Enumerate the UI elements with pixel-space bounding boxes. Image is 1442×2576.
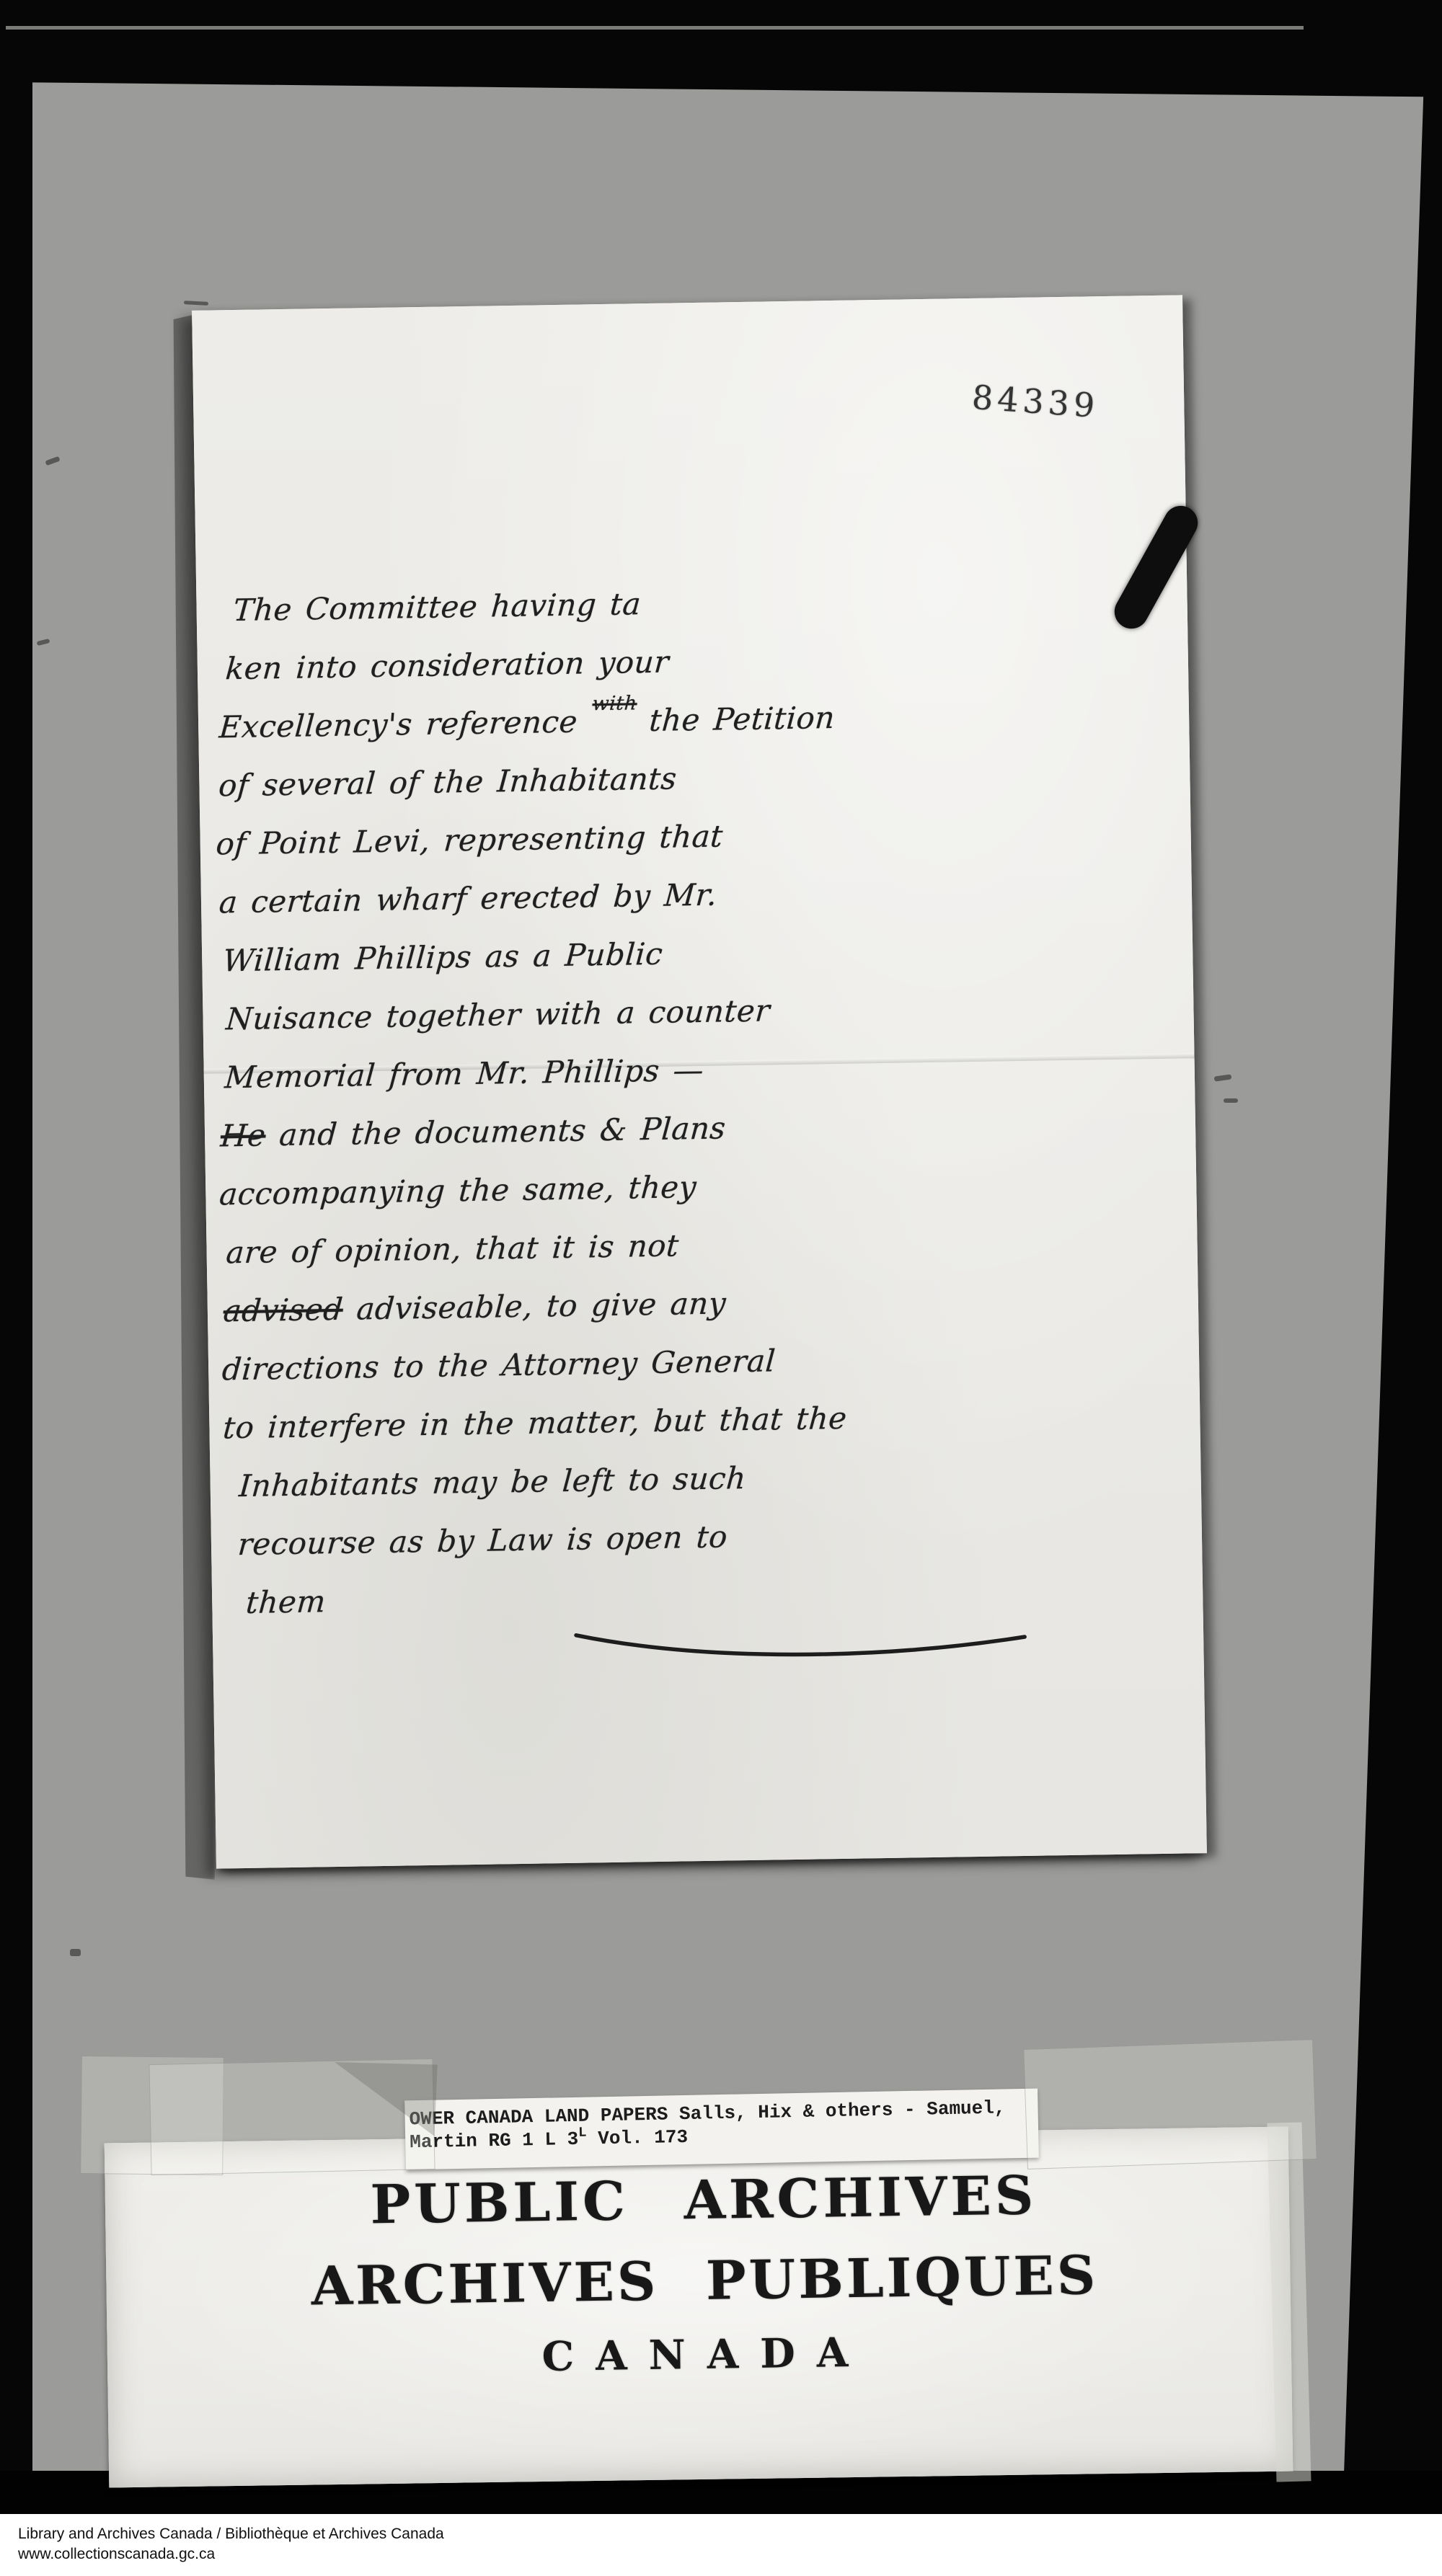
public-archives-card: PUBLIC ARCHIVES ARCHIVES PUBLIQUES CANAD…: [105, 2127, 1293, 2488]
struck-word: He: [219, 1117, 267, 1153]
tape-piece: [1023, 2039, 1317, 2169]
struck-word: advised: [222, 1292, 344, 1329]
archives-stamp-line-canada: CANADA: [158, 2323, 1255, 2386]
smudge: [70, 1949, 81, 1956]
lac-footer-url: www.collectionscanada.gc.ca: [18, 2544, 444, 2564]
smudge: [1224, 1098, 1238, 1103]
film-frame-line: [6, 26, 1304, 30]
archives-stamp-line-en: PUBLIC ARCHIVES: [155, 2162, 1252, 2239]
archives-stamp-line-fr: ARCHIVES PUBLIQUES: [156, 2242, 1253, 2319]
smudge: [1214, 1074, 1232, 1081]
superscript-l: L: [578, 2121, 587, 2144]
manuscript-text: The Committee having ta ken into conside…: [196, 566, 1203, 1632]
smudge: [184, 301, 208, 306]
smudge: [45, 456, 60, 466]
smudge: [37, 639, 50, 646]
inserted-word: with: [592, 693, 638, 714]
lac-footer-line1: Library and Archives Canada / Bibliothèq…: [18, 2524, 444, 2544]
lac-footer-text: Library and Archives Canada / Bibliothèq…: [18, 2524, 444, 2564]
manuscript-page: The Committee having ta ken into conside…: [192, 295, 1207, 1868]
flourish-underline: [570, 1618, 1032, 1669]
scanned-archive-page: The Committee having ta ken into conside…: [0, 0, 1442, 2576]
lac-footer: Library and Archives Canada / Bibliothèq…: [0, 2514, 1442, 2576]
catalogue-label: OWER CANADA LAND PAPERS Salls, Hix & oth…: [404, 2089, 1039, 2170]
